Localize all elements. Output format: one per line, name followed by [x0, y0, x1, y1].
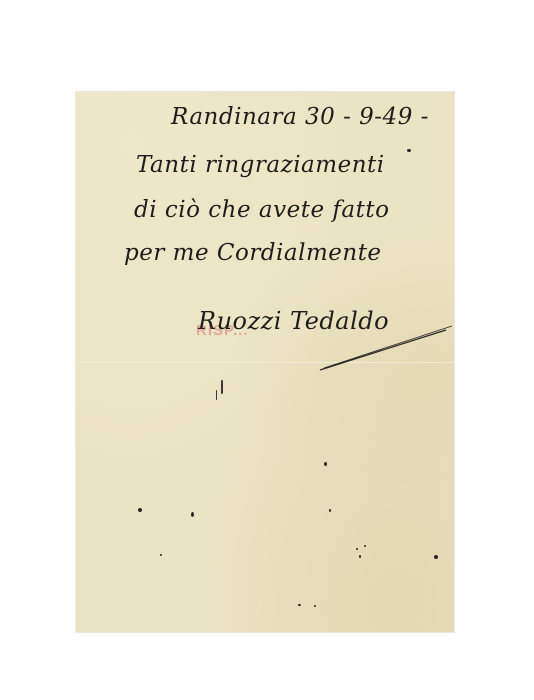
ink-mark	[221, 380, 223, 394]
ink-speck	[329, 509, 331, 512]
letter-paper: Randinara 30 - 9-49 - Tanti ringraziamen…	[76, 92, 454, 632]
ink-speck	[364, 545, 366, 547]
ink-speck	[407, 149, 411, 152]
ink-speck	[298, 604, 301, 606]
signature-flourish-icon	[316, 324, 456, 374]
body-line-2: di ciò che avete fatto	[134, 197, 389, 223]
ink-mark	[216, 390, 217, 400]
ink-speck	[160, 554, 162, 556]
ink-speck	[314, 605, 316, 607]
body-line-1: Tanti ringraziamenti	[136, 152, 385, 178]
place-date: Randinara 30 - 9-49 -	[171, 104, 429, 130]
ink-speck	[434, 555, 438, 559]
ink-speck	[191, 512, 194, 517]
ink-speck	[359, 555, 361, 558]
ink-speck	[138, 508, 142, 512]
ink-speck	[356, 548, 358, 550]
body-line-3: per me Cordialmente	[124, 240, 382, 266]
ink-speck	[324, 462, 327, 466]
